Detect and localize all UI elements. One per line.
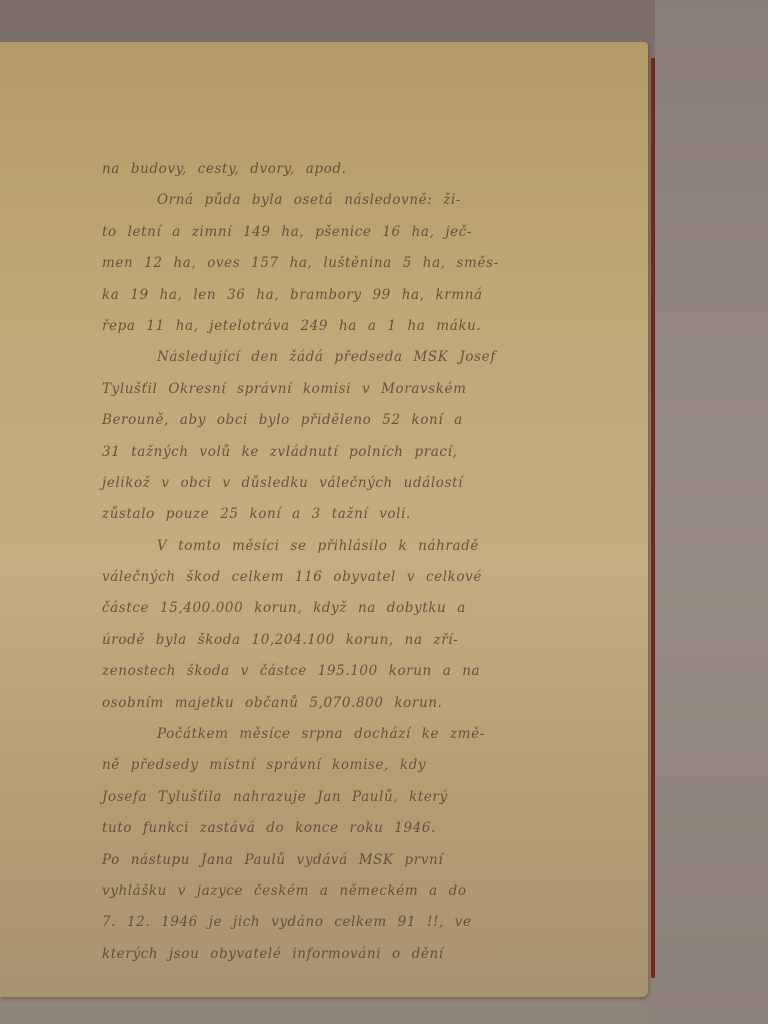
text-line: vyhlášku v jazyce českém a německém a do [102, 876, 557, 907]
text-line: osobním majetku občanů 5,070.800 korun. [102, 688, 557, 719]
text-line: na budovy, cesty, dvory, apod. [102, 154, 557, 185]
text-line: zenostech škoda v částce 195.100 korun a… [102, 656, 557, 687]
text-line: to letní a zimní 149 ha, pšenice 16 ha, … [102, 217, 557, 248]
handwritten-text-block: na budovy, cesty, dvory, apod. Orná půda… [102, 154, 557, 970]
text-line: 31 tažných volů ke zvládnutí polních pra… [102, 437, 557, 468]
text-line: tuto funkci zastává do konce roku 1946. [102, 813, 557, 844]
text-line: Počátkem měsíce srpna dochází ke změ- [102, 719, 557, 750]
text-line: řepa 11 ha, jetelotráva 249 ha a 1 ha má… [102, 311, 557, 342]
text-line: ně předsedy místní správní komise, kdy [102, 750, 557, 781]
text-line: 7. 12. 1946 je jich vydáno celkem 91 !!,… [102, 907, 557, 938]
text-line: V tomto měsíci se přihlásilo k náhradě [102, 531, 557, 562]
notebook-page: na budovy, cesty, dvory, apod. Orná půda… [0, 42, 648, 997]
text-line: Berouně, aby obci bylo přiděleno 52 koní… [102, 405, 557, 436]
text-line: zůstalo pouze 25 koní a 3 tažní voli. [102, 499, 557, 530]
text-line: Josefa Tylušťila nahrazuje Jan Paulů, kt… [102, 782, 557, 813]
text-line: jelikož v obci v důsledku válečných udál… [102, 468, 557, 499]
text-line: ka 19 ha, len 36 ha, brambory 99 ha, krm… [102, 280, 557, 311]
book-cover-edge [651, 58, 655, 978]
text-line: men 12 ha, oves 157 ha, luštěnina 5 ha, … [102, 248, 557, 279]
text-line: částce 15,400.000 korun, když na dobytku… [102, 593, 557, 624]
text-line: Po nástupu Jana Paulů vydává MSK první [102, 845, 557, 876]
background-surface [655, 0, 768, 1024]
text-line: Tylušťil Okresní správní komisi v Moravs… [102, 374, 557, 405]
text-line: kterých jsou obyvatelé informováni o děn… [102, 939, 557, 970]
text-line: Následující den žádá předseda MSK Josef [102, 342, 557, 373]
text-line: úrodě byla škoda 10,204.100 korun, na zř… [102, 625, 557, 656]
text-line: Orná půda byla osetá následovně: ži- [102, 185, 557, 216]
text-line: válečných škod celkem 116 obyvatel v cel… [102, 562, 557, 593]
